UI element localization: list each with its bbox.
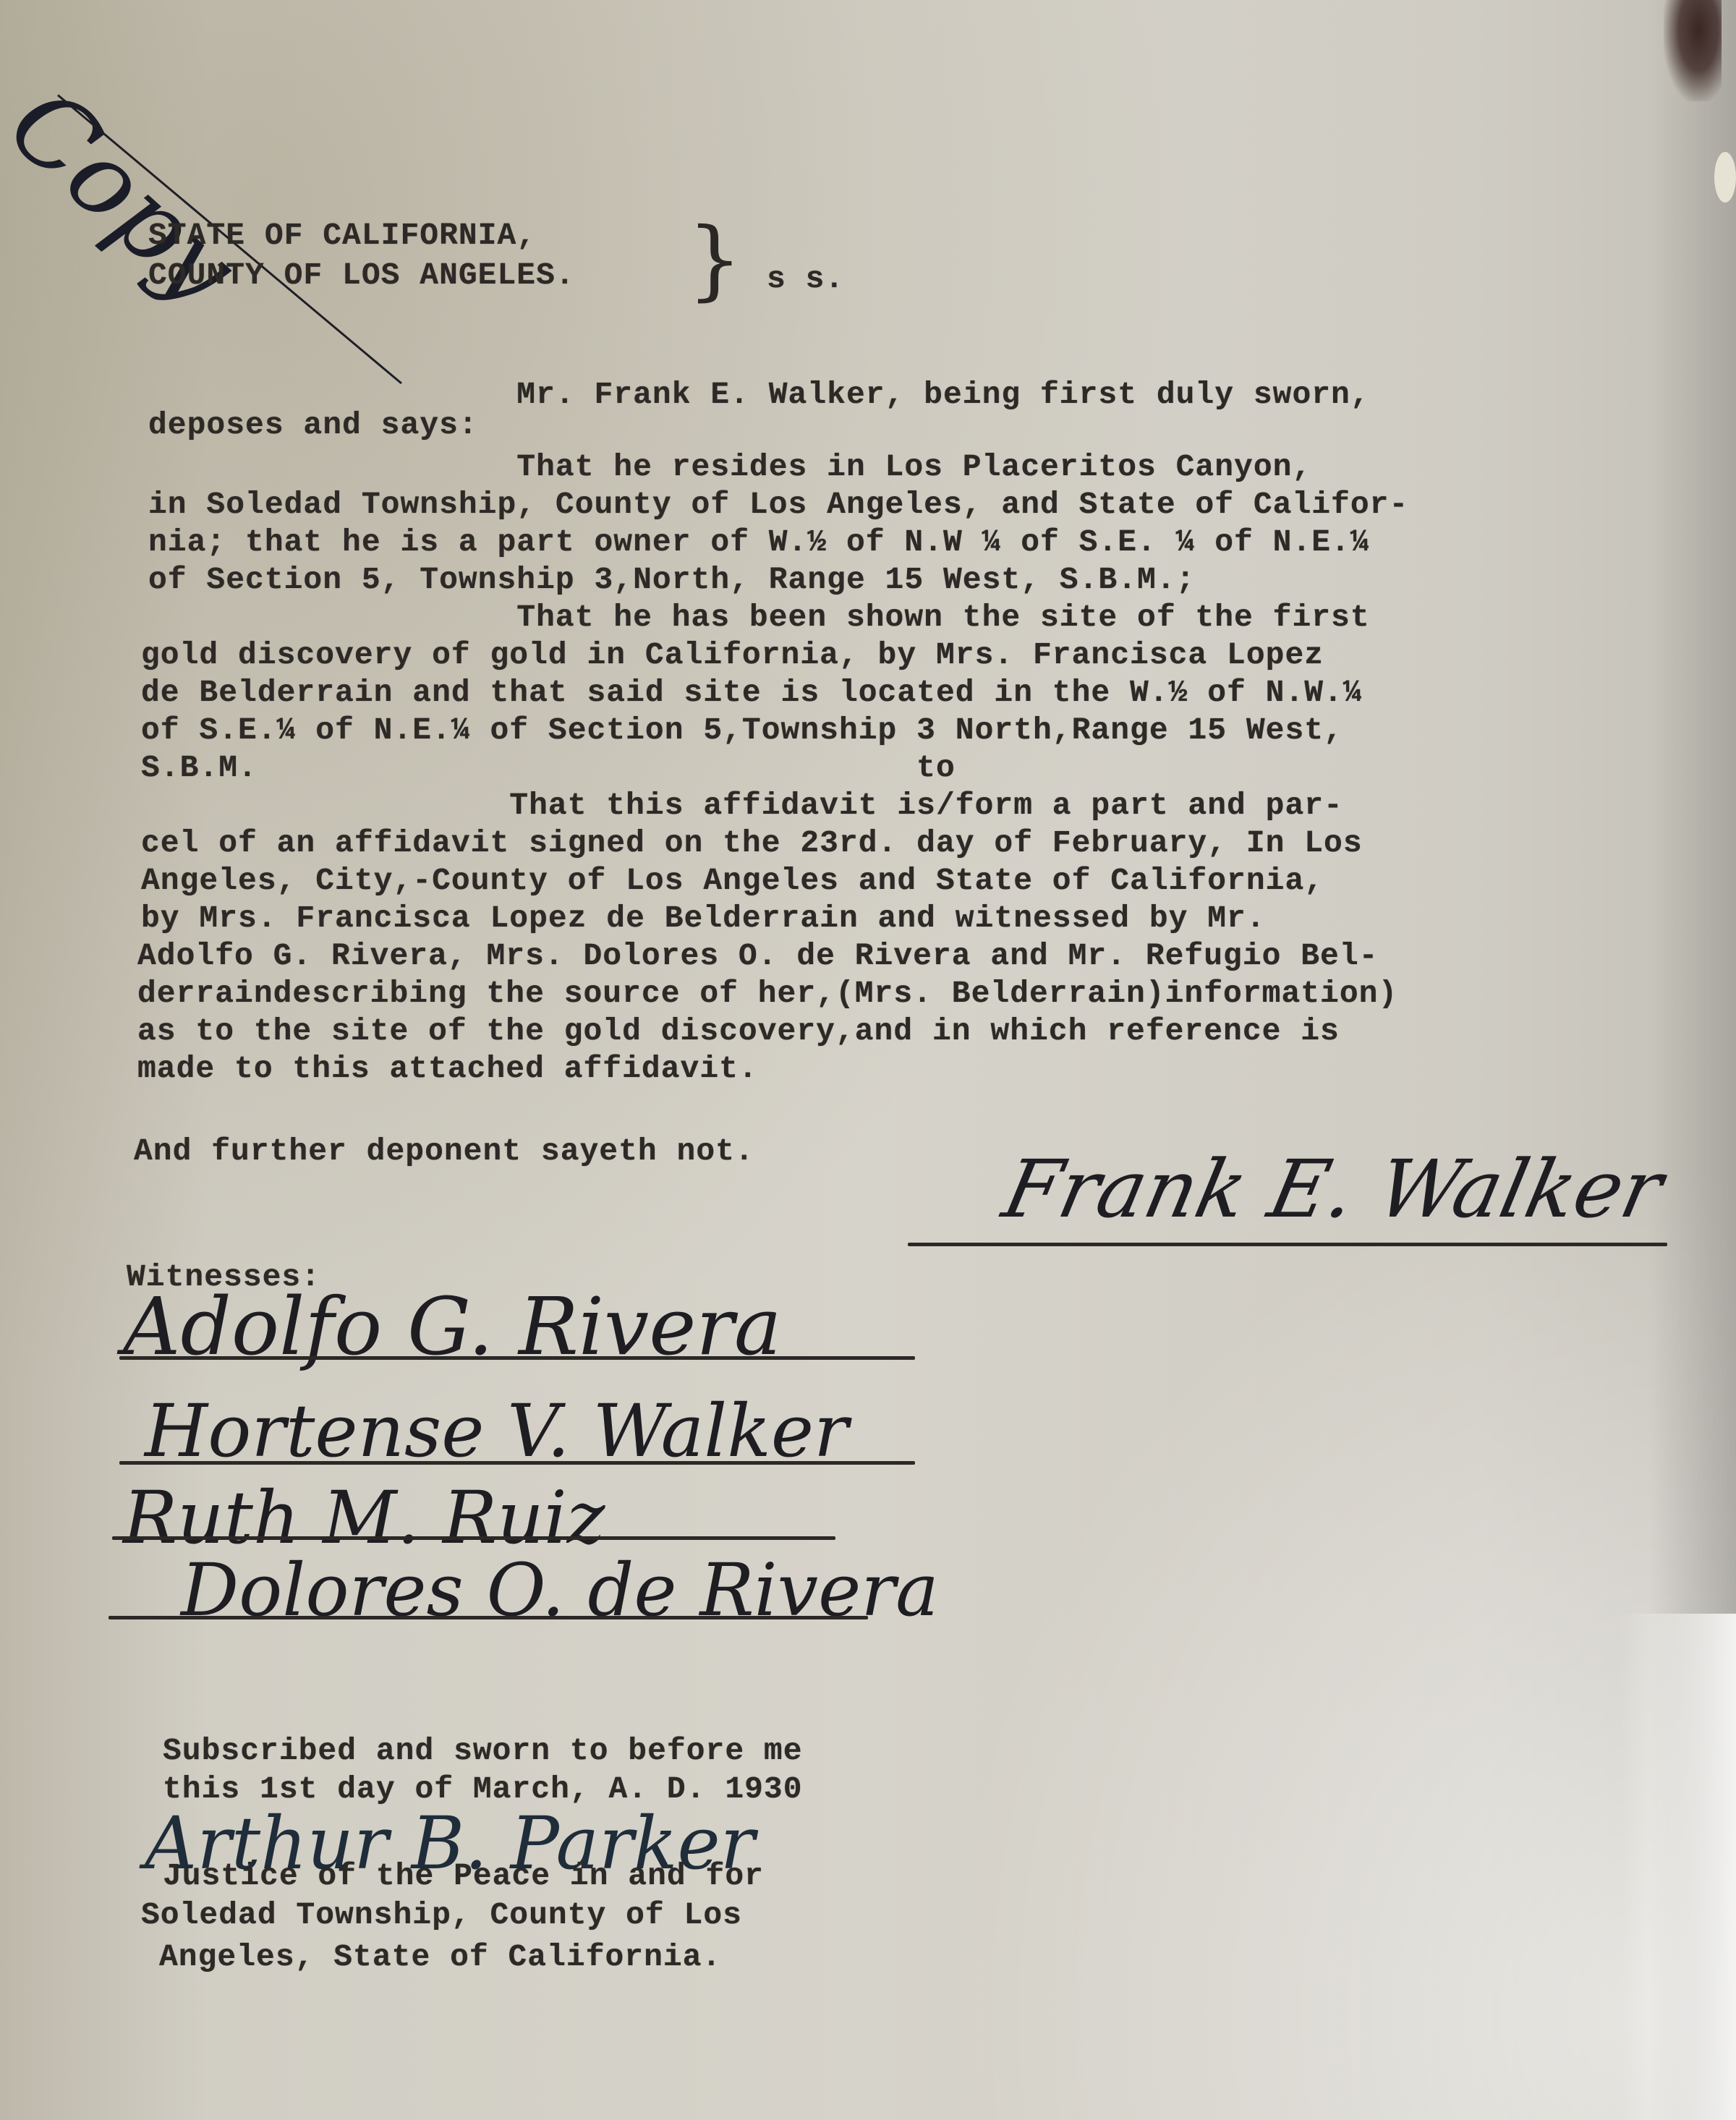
body-line: deposes and says: (148, 406, 478, 444)
jurat-line: Subscribed and sworn to before me (163, 1732, 803, 1770)
body-line: nia; that he is a part owner of W.½ of N… (148, 524, 1370, 561)
body-line: That he has been shown the site of the f… (148, 599, 1370, 637)
venue-state: STATE OF CALIFORNIA, (148, 217, 536, 255)
deponent-signature-line (908, 1243, 1667, 1246)
deponent-signature: Frank E. Walker (995, 1143, 1670, 1235)
affidavit-page: Copy STATE OF CALIFORNIA, COUNTY OF LOS … (0, 0, 1736, 2120)
justice-title-line: Justice of the Peace in and for (163, 1857, 764, 1895)
body-line: de Belderrain and that said site is loca… (141, 674, 1363, 712)
body-line: derraindescribing the source of her,(Mrs… (137, 975, 1397, 1013)
venue-county: COUNTY OF LOS ANGELES. (148, 257, 575, 294)
venue-brace: } (687, 210, 742, 310)
body-line: That he resides in Los Placeritos Canyon… (148, 448, 1311, 486)
venue-ss: s s. (767, 260, 844, 298)
body-line: of Section 5, Township 3,North, Range 15… (148, 561, 1195, 599)
body-line: of S.E.¼ of N.E.¼ of Section 5,Township … (141, 712, 1343, 749)
body-line: by Mrs. Francisca Lopez de Belderrain an… (141, 900, 1266, 937)
punch-hole (1714, 152, 1736, 203)
body-line: made to this attached affidavit. (137, 1050, 758, 1088)
body-line: gold discovery of gold in California, by… (141, 637, 1324, 674)
justice-title-line: Angeles, State of California. (159, 1938, 721, 1976)
body-line: cel of an affidavit signed on the 23rd. … (141, 825, 1363, 862)
body-line: That this affidavit is/form a part and p… (141, 787, 1343, 825)
body-line: as to the site of the gold discovery,and… (137, 1013, 1340, 1050)
witness-signature: Dolores O. de Rivera (181, 1548, 939, 1632)
justice-title-line: Soledad Township, County of Los (141, 1896, 742, 1934)
body-line: Angeles, City,-County of Los Angeles and… (141, 862, 1324, 900)
closing-statement: And further deponent sayeth not. (134, 1133, 754, 1170)
witness-signature-line (119, 1461, 915, 1465)
light-glare (1620, 1614, 1736, 2120)
ink-stain (1664, 0, 1722, 101)
body-line: S.B.M. to (141, 749, 956, 787)
body-line: in Soledad Township, County of Los Angel… (148, 486, 1408, 524)
witness-signature-line (109, 1616, 868, 1619)
witness-signature-line (119, 1356, 915, 1360)
body-line: Adolfo G. Rivera, Mrs. Dolores O. de Riv… (137, 937, 1378, 975)
witness-signature-line (112, 1536, 835, 1540)
